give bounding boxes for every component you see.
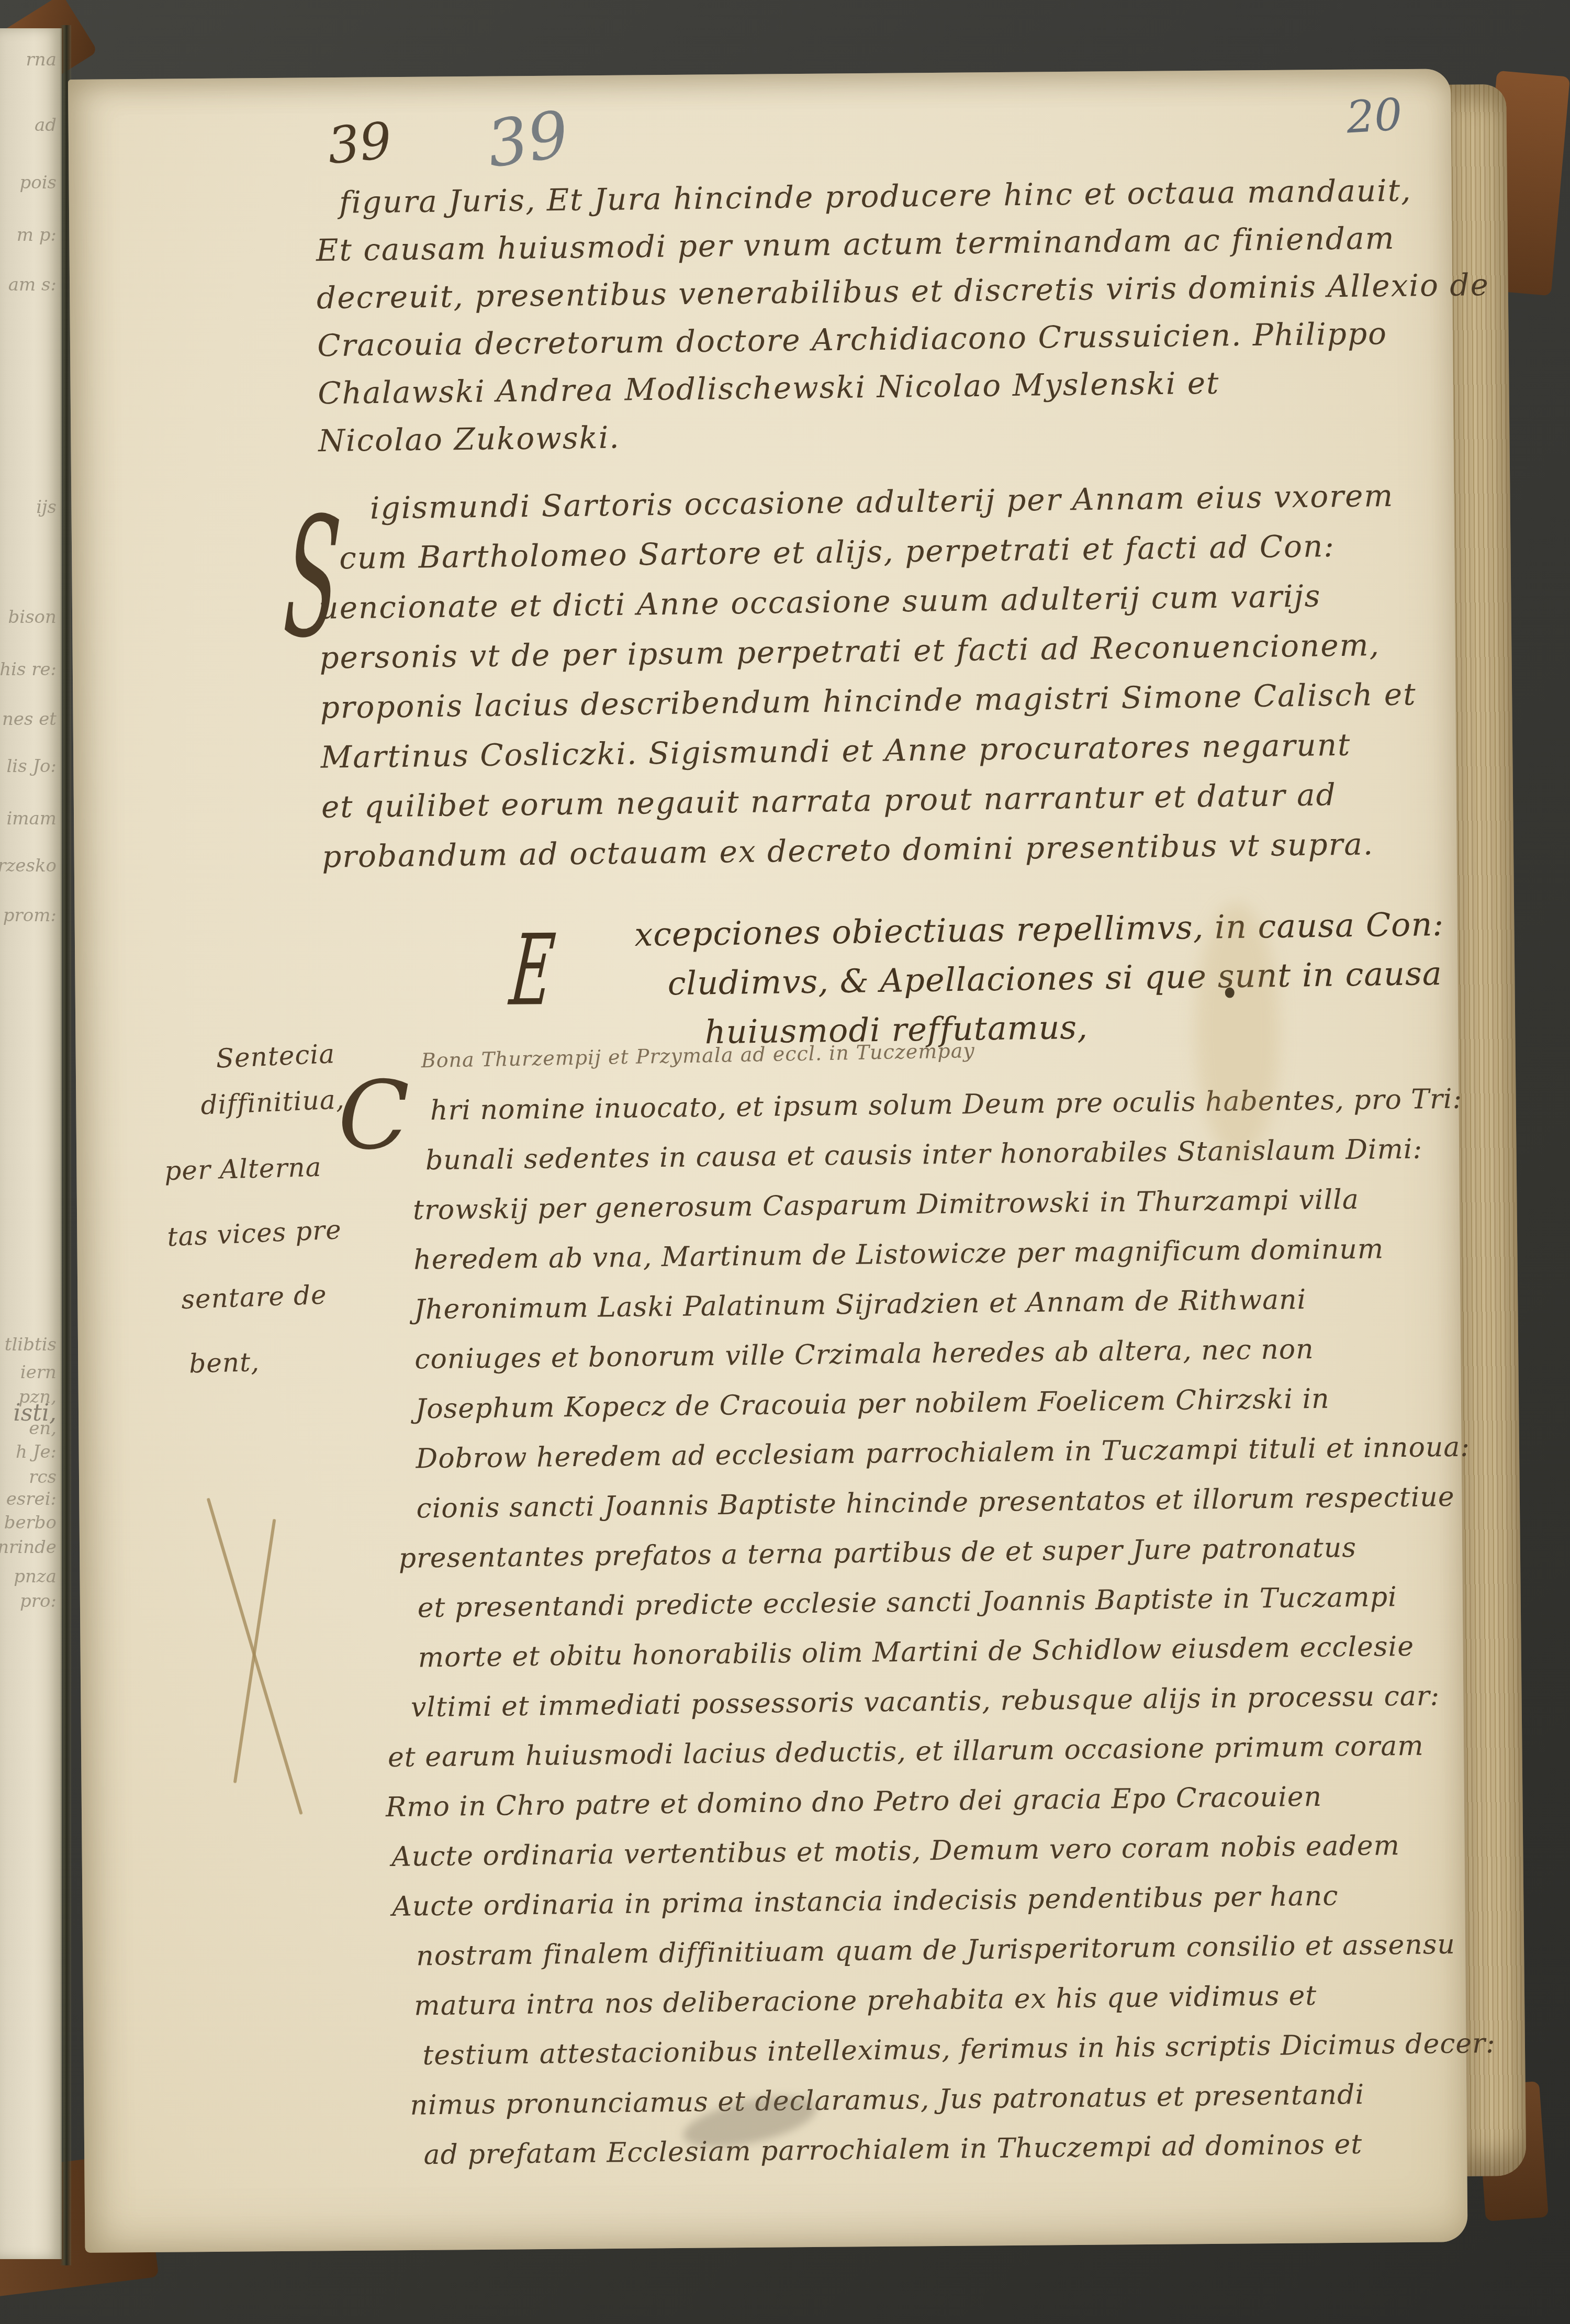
manuscript-page: 39 39 20 figura Juris, Et Jura hincinde … <box>68 69 1468 2253</box>
facing-text-fragment: berbo <box>4 1512 57 1533</box>
facing-page-edge: rna ad pois m p: am s: ijs bison his re:… <box>0 28 62 2259</box>
interlinear-note: Bona Thurzempij et Przymala ad eccl. in … <box>421 1039 975 1072</box>
book-gutter <box>60 25 71 2265</box>
facing-text-fragment: tlibtis <box>5 1334 57 1355</box>
facing-text-fragment: esrei: <box>6 1489 57 1510</box>
facing-text-fragment: hinrinde <box>0 1537 57 1558</box>
margin-note: Sentecia <box>216 1038 336 1074</box>
folio-number-pencil-right: 20 <box>1345 88 1404 143</box>
margin-note: bent, <box>189 1347 260 1379</box>
manuscript-body: hri nomine inuocato, et ipsum solum Deum… <box>411 1074 1497 2180</box>
facing-text-fragment: rcs <box>29 1467 57 1488</box>
facing-text-fragment: s prom: <box>0 905 57 926</box>
facing-text-fragment: bison <box>8 607 57 628</box>
facing-text-fragment: Brzesko <box>0 855 57 876</box>
facing-text-fragment: m p: <box>17 225 57 245</box>
margin-note: sentare de <box>181 1280 327 1315</box>
margin-note: tas vices pre <box>166 1214 342 1252</box>
heading-line: cludimvs, & Apellaciones si que sunt in … <box>667 949 1445 1008</box>
facing-text-fragment: pro: <box>20 1591 57 1612</box>
facing-text-fragment: ijs <box>36 497 57 518</box>
initial-letter-c: C <box>338 1061 410 1171</box>
margin-note: diffinitiua, <box>200 1084 345 1121</box>
facing-text-fragment: nes et <box>2 709 57 730</box>
facing-text-fragment: imam <box>6 808 57 829</box>
facing-text-fragment: his re: <box>0 659 57 680</box>
facing-text-fragment: ad <box>35 115 57 136</box>
facing-text-fragment: pnza <box>14 1566 57 1587</box>
facing-text-fragment: am s: <box>8 274 57 295</box>
manuscript-paragraph-2: igismundi Sartoris occasione adulterij p… <box>317 471 1418 882</box>
margin-x-mark <box>207 1498 303 1815</box>
manuscript-photo: { "colors": { "ink": "#4a3a26", "pencil"… <box>0 0 1570 2324</box>
facing-text-fragment: pois <box>19 172 57 193</box>
folio-number-ink: 39 <box>325 111 394 175</box>
facing-text-fragment: rna <box>26 49 57 70</box>
manuscript-paragraph-1: figura Juris, Et Jura hincinde producere… <box>316 166 1491 465</box>
margin-note: per Alterna <box>164 1152 322 1187</box>
facing-text-fragment: en, <box>29 1418 57 1439</box>
facing-text-fragment: iern <box>20 1362 57 1383</box>
folio-number-pencil: 39 <box>482 96 573 182</box>
facing-text-fragment: h Je: <box>16 1442 57 1462</box>
facing-text-fragment: lis Jo: <box>6 756 57 777</box>
section-heading: xcepciones obiectiuas repellimvs, in cau… <box>530 900 1445 1059</box>
facing-text-fragment: pzn, <box>19 1387 57 1407</box>
